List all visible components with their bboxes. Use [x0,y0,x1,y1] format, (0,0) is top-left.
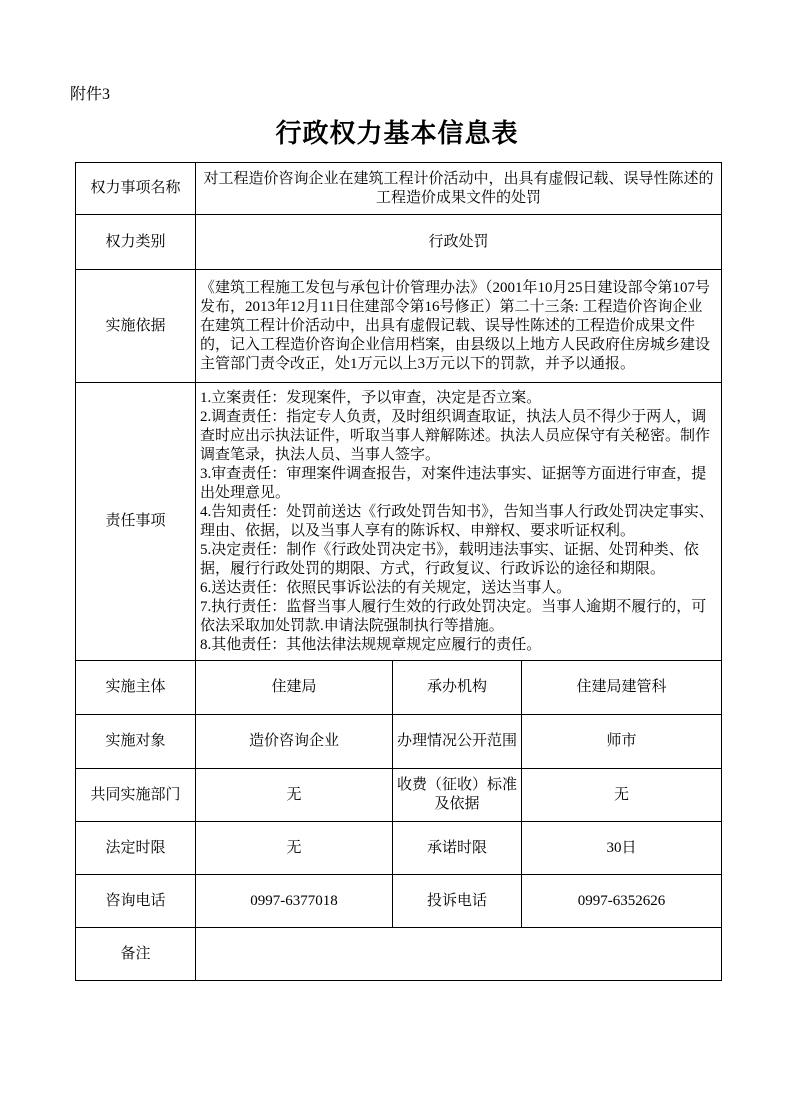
value-duty: 1.立案责任：发现案件，予以审查，决定是否立案。 2.调查责任：指定专人负责，及… [196,383,722,661]
duty-item: 3.审查责任：审理案件调查报告，对案件违法事实、证据等方面进行审查，提出处理意见… [200,465,717,503]
duty-item: 4.告知责任：处罚前送达《行政处罚告知书》，告知当事人行政处罚决定事实、理由、依… [200,503,717,541]
label-item-name: 权力事项名称 [76,163,196,215]
page-title: 行政权力基本信息表 [0,119,794,149]
label-legal-limit: 法定时限 [76,822,196,875]
value-category: 行政处罚 [196,215,722,270]
label-co-department: 共同实施部门 [76,769,196,822]
value-co-department: 无 [196,769,393,822]
label-fee: 收费（征收）标准及依据 [393,769,522,822]
row-item-name: 权力事项名称 对工程造价咨询企业在建筑工程计价活动中，出具有虚假记载、误导性陈述… [76,163,722,215]
value-target: 造价咨询企业 [196,715,393,769]
value-complaint-phone: 0997-6352626 [522,875,722,928]
duty-item: 8.其他责任：其他法律法规规章规定应履行的责任。 [200,636,717,655]
info-table: 权力事项名称 对工程造价咨询企业在建筑工程计价活动中，出具有虚假记载、误导性陈述… [75,162,722,981]
value-consult-phone: 0997-6377018 [196,875,393,928]
duty-item: 2.调查责任：指定专人负责，及时组织调查取证，执法人员不得少于两人，调查时应出示… [200,408,717,465]
label-target: 实施对象 [76,715,196,769]
row-phones: 咨询电话 0997-6377018 投诉电话 0997-6352626 [76,875,722,928]
label-consult-phone: 咨询电话 [76,875,196,928]
label-duty: 责任事项 [76,383,196,661]
label-promise-limit: 承诺时限 [393,822,522,875]
value-subject: 住建局 [196,661,393,715]
label-basis: 实施依据 [76,270,196,383]
attachment-label: 附件3 [70,86,110,104]
row-duty: 责任事项 1.立案责任：发现案件，予以审查，决定是否立案。 2.调查责任：指定专… [76,383,722,661]
row-time-limits: 法定时限 无 承诺时限 30日 [76,822,722,875]
document-page: 附件3 行政权力基本信息表 权力事项名称 对工程造价咨询企业在建筑工程计价活动中… [0,0,794,1108]
value-disclosure: 师市 [522,715,722,769]
duty-item: 5.决定责任：制作《行政处罚决定书》，载明违法事实、证据、处罚种类、依据，履行行… [200,541,717,579]
row-remarks: 备注 [76,928,722,981]
value-item-name: 对工程造价咨询企业在建筑工程计价活动中，出具有虚假记载、误导性陈述的工程造价成果… [196,163,722,215]
value-basis: 《建筑工程施工发包与承包计价管理办法》（2001年10月25日建设部令第107号… [196,270,722,383]
duty-item: 6.送达责任：依照民事诉讼法的有关规定，送达当事人。 [200,579,717,598]
label-disclosure: 办理情况公开范围 [393,715,522,769]
value-fee: 无 [522,769,722,822]
label-category: 权力类别 [76,215,196,270]
value-remarks [196,928,722,981]
label-agency: 承办机构 [393,661,522,715]
row-category: 权力类别 行政处罚 [76,215,722,270]
row-codept-fee: 共同实施部门 无 收费（征收）标准及依据 无 [76,769,722,822]
row-subject-agency: 实施主体 住建局 承办机构 住建局建管科 [76,661,722,715]
value-legal-limit: 无 [196,822,393,875]
value-agency: 住建局建管科 [522,661,722,715]
label-subject: 实施主体 [76,661,196,715]
row-target-disclosure: 实施对象 造价咨询企业 办理情况公开范围 师市 [76,715,722,769]
value-promise-limit: 30日 [522,822,722,875]
label-complaint-phone: 投诉电话 [393,875,522,928]
row-basis: 实施依据 《建筑工程施工发包与承包计价管理办法》（2001年10月25日建设部令… [76,270,722,383]
label-remarks: 备注 [76,928,196,981]
duty-item: 7.执行责任：监督当事人履行生效的行政处罚决定。当事人逾期不履行的，可依法采取加… [200,598,717,636]
duty-item: 1.立案责任：发现案件，予以审查，决定是否立案。 [200,389,717,408]
